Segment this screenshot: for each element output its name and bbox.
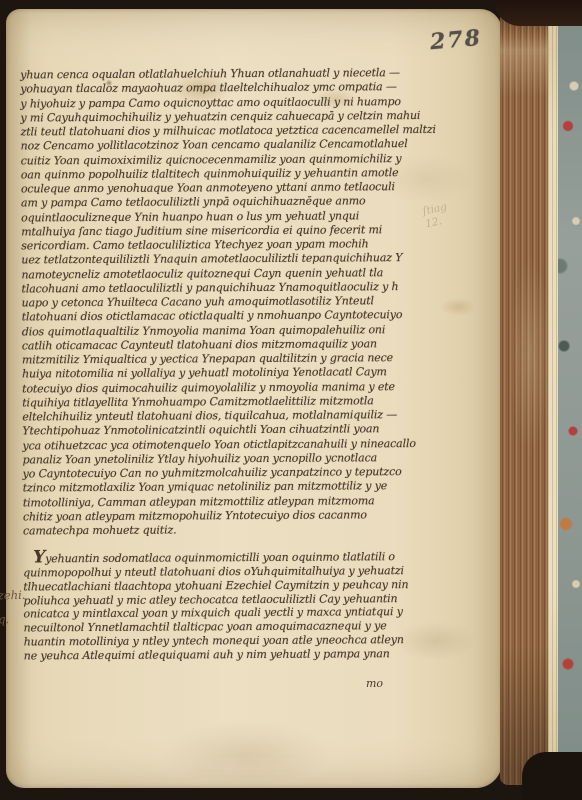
left-marginalia: zehi. q.	[0, 583, 32, 632]
folio-number: 278	[429, 25, 483, 55]
manuscript-page: 278 yhuan cenca oqualan otlatlahuelchiuh…	[6, 9, 502, 788]
leather-corner-bottom-right	[522, 752, 582, 800]
catchword: mo	[366, 677, 383, 690]
left-marginalia-line: q.	[0, 607, 32, 632]
paragraph-1: yhuan cenca oqualan otlatlahuelchiuh Yhu…	[20, 66, 485, 539]
manuscript-line: yca otihuetzcac yca otimotenquelo Yoan o…	[22, 436, 484, 453]
book-fore-edge	[500, 3, 550, 785]
photo-background: 278 yhuan cenca oqualan otlatlahuelchiuh…	[0, 0, 582, 800]
manuscript-line: camatechpa mohuetz quitiz.	[23, 522, 485, 539]
manuscript-line: ne yeuhca Atlequimi atlequiquami auh y n…	[24, 646, 486, 663]
manuscript-text-block: yhuan cenca oqualan otlatlahuelchiuh Yhu…	[20, 66, 486, 663]
paragraph-2: Yyehuantin sodomatlaca oquinmomictilli y…	[23, 549, 486, 663]
left-marginalia-line: zehi.	[0, 583, 32, 608]
leather-corner-top-right	[494, 0, 582, 26]
right-marginalia-faint: ſtiag 12.	[422, 201, 451, 232]
marbled-endpaper	[558, 16, 582, 772]
